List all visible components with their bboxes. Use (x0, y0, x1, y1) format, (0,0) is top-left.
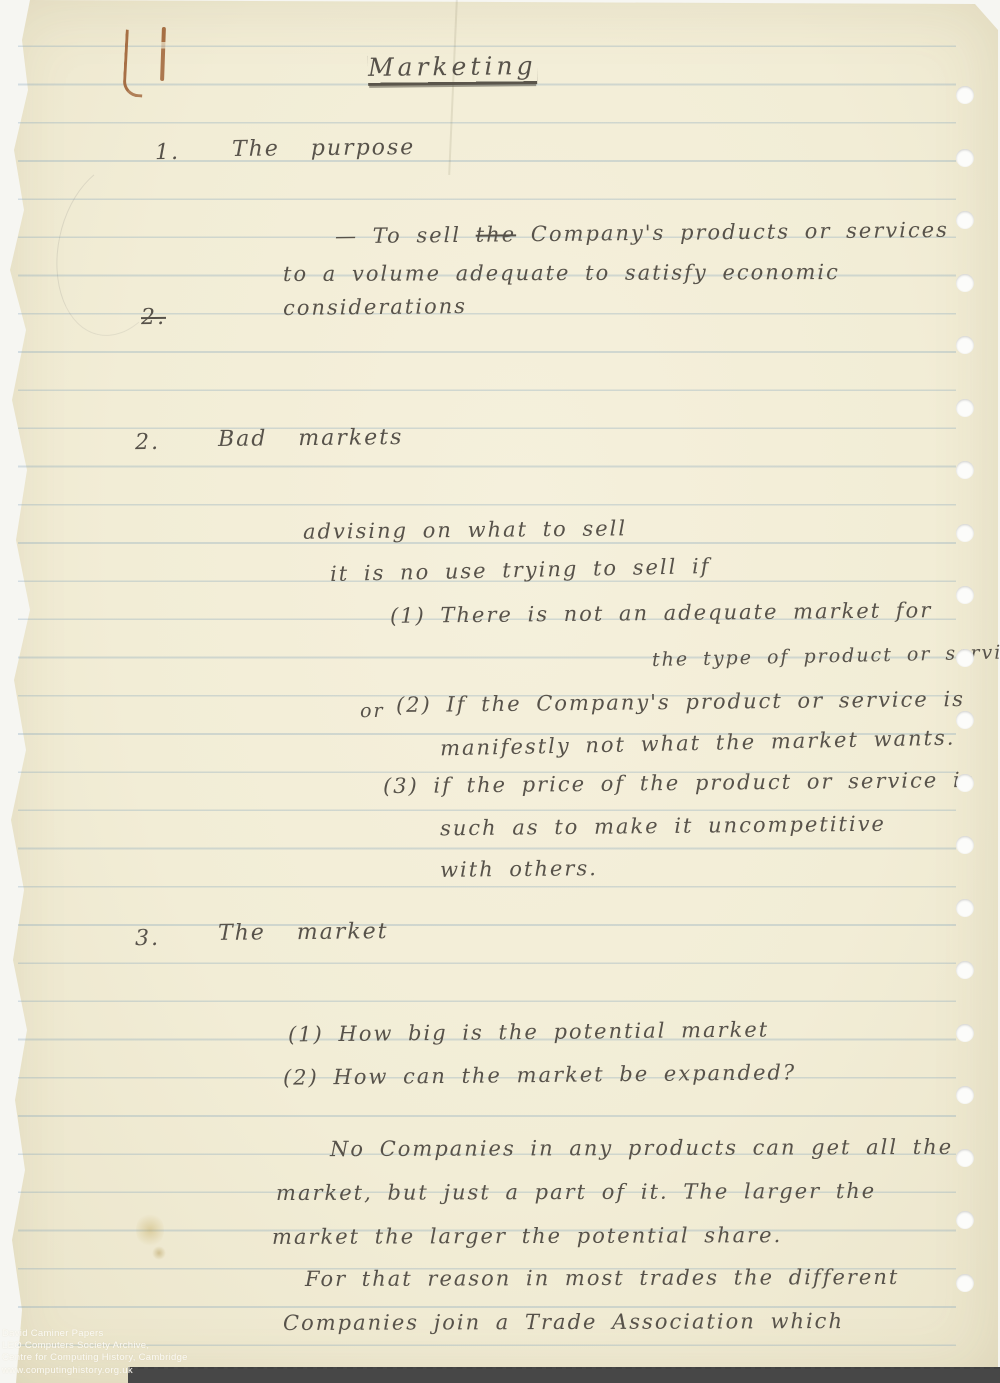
punch-hole (956, 899, 974, 917)
scan-bottom-strip (128, 1367, 1000, 1383)
section-2-number: 2. (135, 430, 160, 455)
punch-hole (956, 1211, 974, 1229)
paper-stain (136, 1212, 164, 1248)
paper-stain (152, 1246, 166, 1260)
punch-hole (956, 461, 974, 479)
handwritten-line: market the larger the potential share. (272, 1223, 782, 1249)
watermark-line: LEO Computers Society Archive, (2, 1340, 149, 1351)
punch-hole (956, 1274, 974, 1292)
handwritten-line: (1) How big is the potential market (288, 1017, 769, 1046)
handwritten-line: advising on what to sell (303, 516, 627, 543)
punch-hole (956, 586, 974, 604)
red-pen-mark (122, 30, 145, 98)
line-text: Company's products or services (531, 218, 949, 246)
handwritten-line: For that reason in most trades the diffe… (305, 1265, 899, 1291)
punch-hole (956, 711, 974, 729)
watermark-line: David Caminer Papers (2, 1328, 104, 1339)
section-3-number: 3. (135, 926, 160, 951)
punch-hole (956, 649, 974, 667)
watermark-line: Centre for Computing History, Cambridge (2, 1352, 188, 1363)
handwritten-line: such as to make it uncompetitive (440, 812, 886, 841)
section-1-number: 1. (155, 140, 180, 165)
punch-hole (956, 1086, 974, 1104)
handwritten-line: to a volume adequate to satisfy economic (283, 260, 840, 286)
punch-hole (956, 274, 974, 292)
section-1-heading: The purpose (232, 135, 416, 162)
handwritten-line: considerations (283, 294, 467, 320)
line-text: — To sell (335, 223, 461, 248)
section-2-heading: Bad markets (218, 425, 404, 452)
punch-hole (956, 399, 974, 417)
punch-hole (956, 86, 974, 104)
handwritten-line: with others. (440, 856, 598, 882)
deleted-section-number: 2. (141, 305, 166, 330)
punch-hole (956, 211, 974, 229)
handwritten-line: market, but just a part of it. The large… (276, 1179, 876, 1205)
title-text: Marketing (368, 51, 537, 83)
punch-hole (956, 774, 974, 792)
punch-hole (956, 524, 974, 542)
handwritten-line: Companies join a Trade Association which (283, 1309, 844, 1335)
punch-hole (956, 149, 974, 167)
punch-hole (956, 1149, 974, 1167)
section-3-heading: The market (218, 919, 389, 946)
handwritten-word-or: or (360, 700, 385, 722)
punch-hole (956, 961, 974, 979)
struck-word: the (476, 222, 517, 246)
page-title: Marketing (368, 51, 537, 83)
watermark-url: www.computinghistory.org.uk (2, 1365, 133, 1376)
handwritten-line: No Companies in any products can get all… (330, 1135, 953, 1161)
punch-hole (956, 336, 974, 354)
punch-hole (956, 1024, 974, 1042)
punch-hole (956, 836, 974, 854)
